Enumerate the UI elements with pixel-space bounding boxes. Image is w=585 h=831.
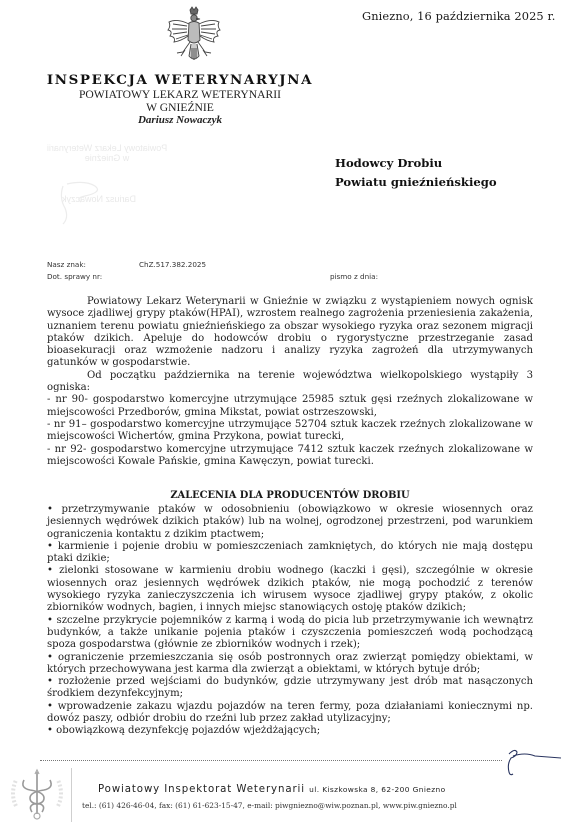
polish-eagle-emblem-icon: [163, 6, 225, 70]
recommendation-item: • karmienie i pojenie drobiu w pomieszcz…: [47, 541, 533, 566]
bleed-through-signature-icon: [55, 178, 115, 226]
institution-subtitle: POWIATOWY LEKARZ WETERYNARII: [44, 88, 316, 101]
recommendation-item: • szczelne przykrycie pojemników z karmą…: [47, 615, 533, 652]
recommendations-heading: ZALECENIA DLA PRODUCENTÓW DROBIU: [47, 490, 533, 501]
official-name: Dariusz Nowaczyk: [44, 114, 316, 127]
our-ref-label: Nasz znak:: [47, 260, 86, 269]
footer-office-name: Powiatowy Inspektorat Weterynarii: [98, 784, 305, 795]
veterinary-caduceus-logo-icon: [8, 766, 66, 824]
recipient-line: Hodowcy Drobiu: [335, 154, 497, 173]
recommendation-item: • ograniczenie przemieszczania się osób …: [47, 652, 533, 677]
institution-title: INSPEKCJA WETERYNARYJNA: [44, 72, 316, 88]
bleed-through-line: w Gnieźnie: [42, 153, 172, 163]
footer-address: ul. Kiszkowska 8, 62-200 Gniezno: [309, 785, 445, 794]
letter-date-label: pismo z dnia:: [330, 272, 378, 281]
recommendation-item: • rozłożenie przed wejściami do budynków…: [47, 676, 533, 701]
recommendation-item: • wprowadzenie zakazu wjazdu pojazdów na…: [47, 701, 533, 726]
footer-separator: [71, 768, 72, 822]
letter-body: Powiatowy Lekarz Weterynarii w Gnieźnie …: [47, 296, 533, 468]
outbreaks-intro: Od początku października na terenie woje…: [47, 370, 533, 395]
footer-contact: tel.: (61) 426-46-04, fax: (61) 61-623-1…: [82, 801, 457, 810]
institution-location: W GNIEŹNIE: [44, 101, 316, 114]
recommendation-item: • obowiązkową dezynfekcję pojazdów wjeżd…: [47, 725, 533, 737]
recipient-block: Hodowcy Drobiu Powiatu gnieźnieńskiego: [335, 154, 497, 192]
institution-header: INSPEKCJA WETERYNARYJNA POWIATOWY LEKARZ…: [44, 72, 316, 127]
recommendations-list: • przetrzymywanie ptaków w odosobnieniu …: [47, 504, 533, 738]
outbreak-item: - nr 92- gospodarstwo komercyjne utrzymu…: [47, 444, 533, 469]
recommendation-item: • przetrzymywanie ptaków w odosobnieniu …: [47, 504, 533, 541]
intro-paragraph: Powiatowy Lekarz Weterynarii w Gnieźnie …: [47, 296, 533, 370]
outbreak-item: - nr 91– gospodarstwo komercyjne utrzymu…: [47, 419, 533, 444]
outbreak-item: - nr 90- gospodarstwo komercyjne utrzymu…: [47, 394, 533, 419]
signature-icon: [505, 748, 565, 778]
our-ref-value: ChZ.517.382.2025: [139, 260, 206, 269]
footer-office: Powiatowy Inspektorat Weterynarii ul. Ki…: [98, 784, 446, 795]
bleed-through-line: Powiatowy Lekarz Weterynarii: [42, 143, 172, 153]
recommendation-item: • zielonki stosowane w karmieniu drobiu …: [47, 565, 533, 614]
letter-date: Gniezno, 16 października 2025 r.: [362, 9, 556, 23]
letter-page: Gniezno, 16 października 2025 r. INSPEKC…: [0, 0, 585, 831]
bleed-through-stamp: Powiatowy Lekarz Weterynarii w Gnieźnie: [42, 143, 172, 163]
footer-divider: [40, 760, 502, 761]
recipient-line: Powiatu gnieźnieńskiego: [335, 173, 497, 192]
case-number-label: Dot. sprawy nr:: [47, 272, 102, 281]
